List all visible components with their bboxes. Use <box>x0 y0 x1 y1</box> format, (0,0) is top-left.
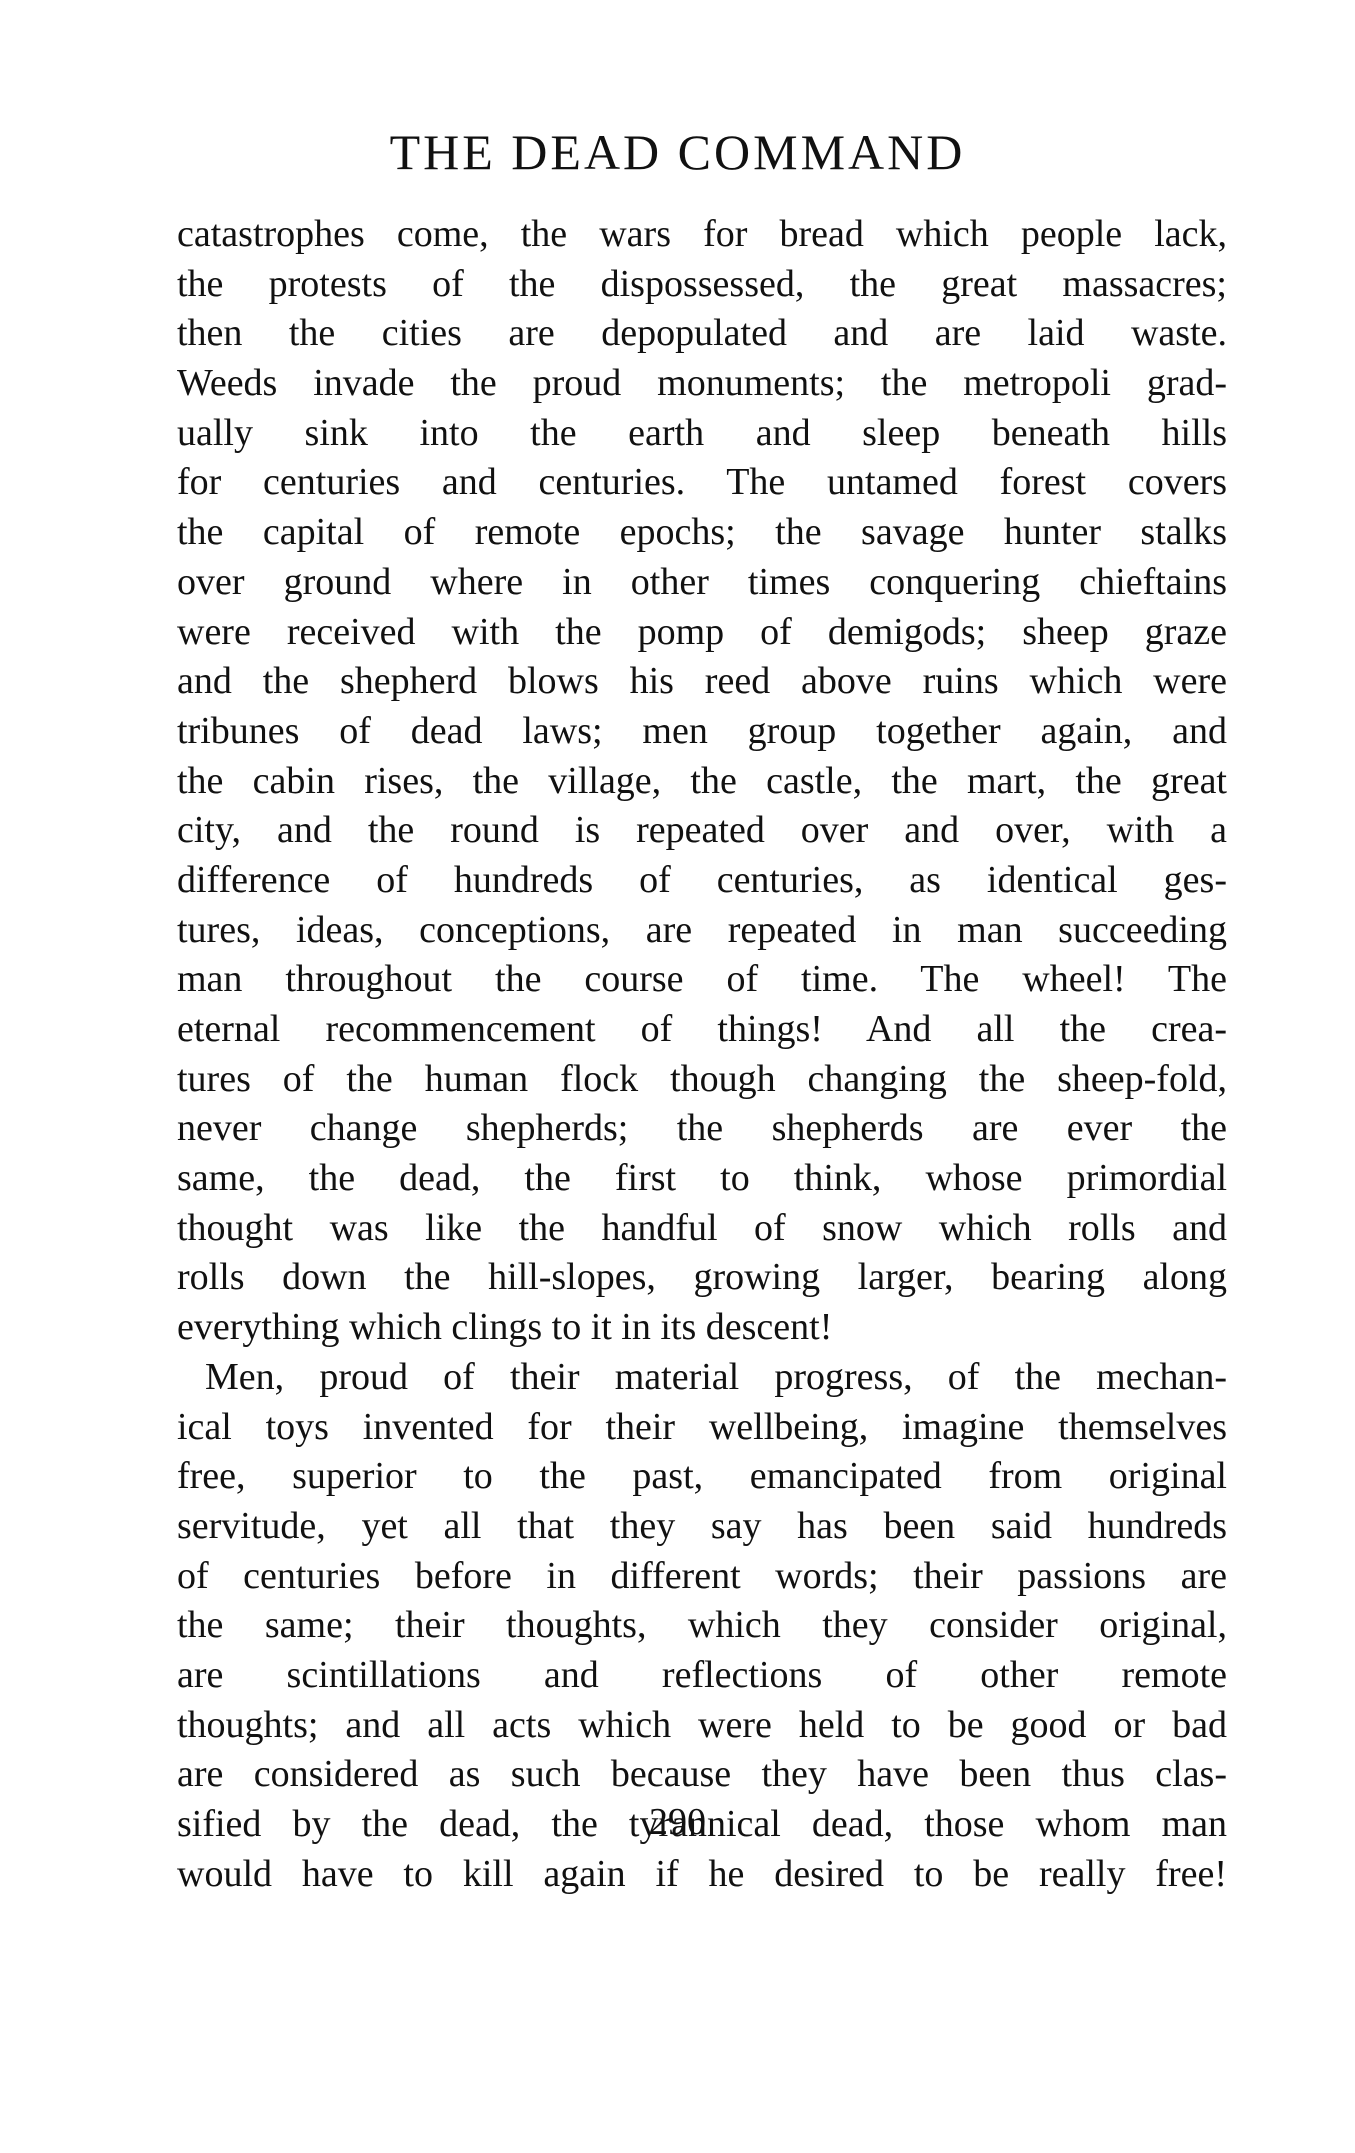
text-line: difference of hundreds of centuries, as … <box>177 856 1227 906</box>
text-line: the capital of remote epochs; the savage… <box>177 508 1227 558</box>
text-line: over ground where in other times conquer… <box>177 558 1227 608</box>
text-line: would have to kill again if he desired t… <box>177 1850 1227 1900</box>
text-line: then the cities are depopulated and are … <box>177 309 1227 359</box>
text-line: rolls down the hill-slopes, growing larg… <box>177 1253 1227 1303</box>
text-line: of centuries before in different words; … <box>177 1552 1227 1602</box>
page-number: 290 <box>0 1800 1355 1844</box>
text-line: eternal recommencement of things! And al… <box>177 1005 1227 1055</box>
text-line: and the shepherd blows his reed above ru… <box>177 657 1227 707</box>
text-line: for centuries and centuries. The untamed… <box>177 458 1227 508</box>
text-line: the cabin rises, the village, the castle… <box>177 757 1227 807</box>
text-line: catastrophes come, the wars for bread wh… <box>177 210 1227 260</box>
text-line: are considered as such because they have… <box>177 1750 1227 1800</box>
text-line: are scintillations and reflections of ot… <box>177 1651 1227 1701</box>
text-line: ually sink into the earth and sleep bene… <box>177 409 1227 459</box>
text-line: Men, proud of their material progress, o… <box>177 1353 1227 1403</box>
text-line: tribunes of dead laws; men group togethe… <box>177 707 1227 757</box>
text-line: everything which clings to it in its des… <box>177 1303 1227 1353</box>
text-line: tures, ideas, conceptions, are repeated … <box>177 906 1227 956</box>
text-line: Weeds invade the proud monuments; the me… <box>177 359 1227 409</box>
text-line: the same; their thoughts, which they con… <box>177 1601 1227 1651</box>
text-line: man throughout the course of time. The w… <box>177 955 1227 1005</box>
body-text: catastrophes come, the wars for bread wh… <box>177 210 1227 1899</box>
text-line: thoughts; and all acts which were held t… <box>177 1701 1227 1751</box>
text-line: ical toys invented for their wellbeing, … <box>177 1403 1227 1453</box>
text-line: the protests of the dispossessed, the gr… <box>177 260 1227 310</box>
text-line: free, superior to the past, emancipated … <box>177 1452 1227 1502</box>
text-line: never change shepherds; the shepherds ar… <box>177 1104 1227 1154</box>
text-line: city, and the round is repeated over and… <box>177 806 1227 856</box>
text-line: thought was like the handful of snow whi… <box>177 1204 1227 1254</box>
text-line: were received with the pomp of demigods;… <box>177 608 1227 658</box>
text-line: tures of the human flock though changing… <box>177 1055 1227 1105</box>
paragraph-1: catastrophes come, the wars for bread wh… <box>177 210 1227 1353</box>
text-line: servitude, yet all that they say has bee… <box>177 1502 1227 1552</box>
running-head-title: THE DEAD COMMAND <box>0 122 1355 182</box>
text-line: same, the dead, the first to think, whos… <box>177 1154 1227 1204</box>
